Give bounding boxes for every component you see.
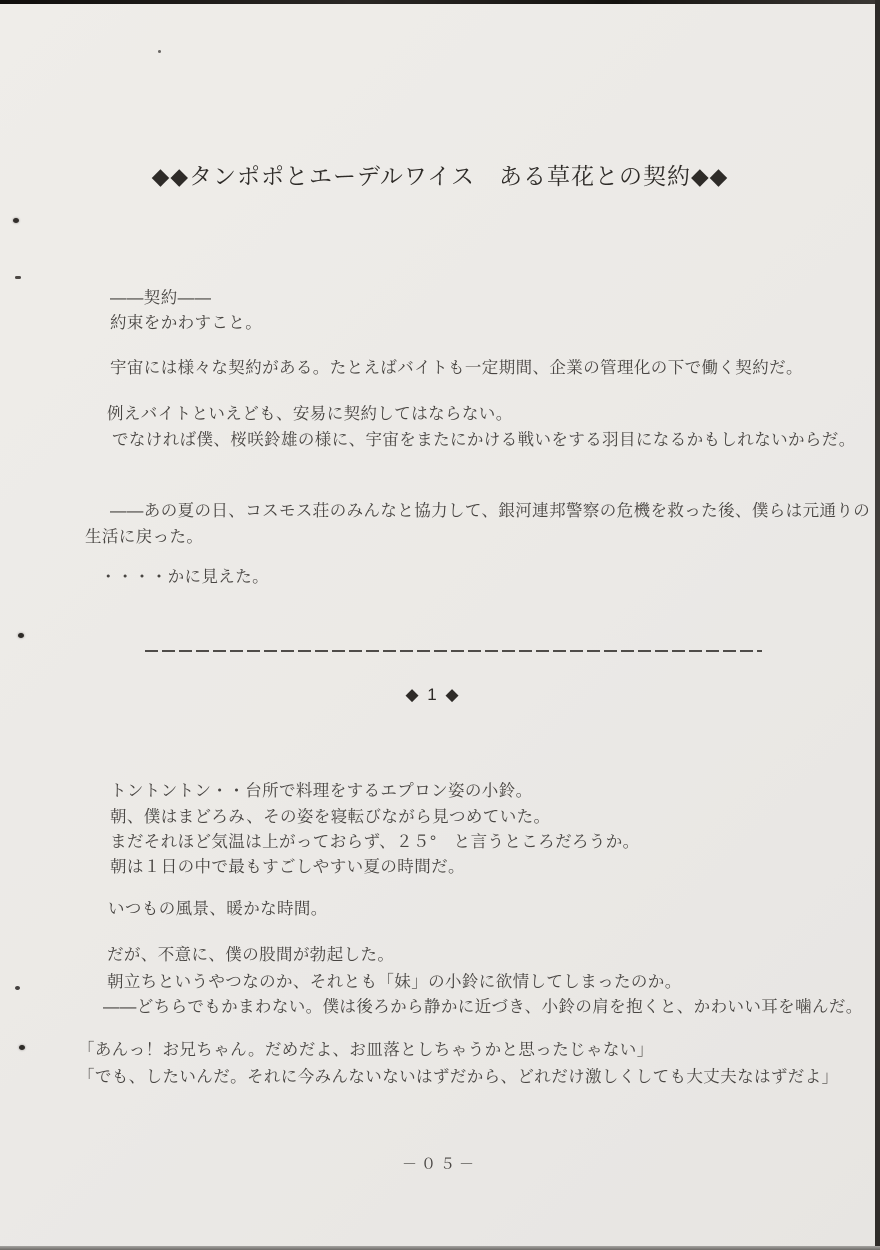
- text-line: ・・・・かに見えた。: [100, 564, 269, 590]
- text-line: 宇宙には様々な契約がある。たとえばバイトも一定期間、企業の管理化の下で働く契約だ…: [110, 355, 803, 381]
- text-line: でなければ僕、桜咲鈴雄の様に、宇宙をまたにかける戦いをする羽目になるかもしれない…: [112, 427, 856, 453]
- text-line: ――どちらでもかまわない。僕は後ろから静かに近づき、小鈴の肩を抱くと、かわいい耳…: [103, 994, 863, 1020]
- text-line: 例えバイトといえども、安易に契約してはならない。: [107, 401, 513, 427]
- paper-speck: [13, 218, 19, 223]
- text-line: まだそれほど気温は上がっておらず、２５° と言うところだろうか。: [110, 829, 640, 855]
- scan-edge-top: [0, 0, 880, 4]
- paper-speck: [15, 276, 21, 279]
- text-line: いつもの風景、暖かな時間。: [108, 896, 328, 922]
- text-line: ――あの夏の日、コスモス荘のみんなと協力して、銀河連邦警察の危機を救った後、僕ら…: [110, 498, 870, 524]
- text-line: 「あんっ！お兄ちゃん。だめだよ、お皿落としちゃうかと思ったじゃない」: [78, 1037, 654, 1063]
- text-line: 約束をかわすこと。: [110, 310, 262, 336]
- text-line: だが、不意に、僕の股間が勃起した。: [107, 942, 394, 968]
- text-line: 生活に戻った。: [85, 524, 203, 550]
- paper-speck: [18, 633, 24, 638]
- page-number: －０５－: [0, 1153, 880, 1174]
- paper-speck: [158, 50, 161, 53]
- text-line: 朝は１日の中で最もすごしやすい夏の時間だ。: [110, 854, 465, 880]
- scan-edge-bottom: [0, 1246, 880, 1250]
- text-line: 朝、僕はまどろみ、その姿を寝転びながら見つめていた。: [110, 804, 550, 830]
- text-line: トントントン・・台所で料理をするエプロン姿の小鈴。: [110, 778, 533, 804]
- section-marker: ◆ 1 ◆: [0, 685, 866, 705]
- paper-speck: [15, 986, 20, 990]
- text-line: 朝立ちというやつなのか、それとも「妹」の小鈴に欲情してしまったのか。: [107, 969, 682, 995]
- divider-dashed: [145, 650, 762, 652]
- scanned-page: { "page": { "title": "◆◆タンポポとエーデルワイス ある草…: [0, 0, 880, 1250]
- text-line: ――契約――: [110, 285, 211, 311]
- paper-speck: [19, 1045, 25, 1050]
- text-line: 「でも、したいんだ。それに今みんないないはずだから、どれだけ激しくしても大丈夫な…: [78, 1064, 839, 1090]
- page-title: ◆◆タンポポとエーデルワイス ある草花との契約◆◆: [0, 158, 880, 191]
